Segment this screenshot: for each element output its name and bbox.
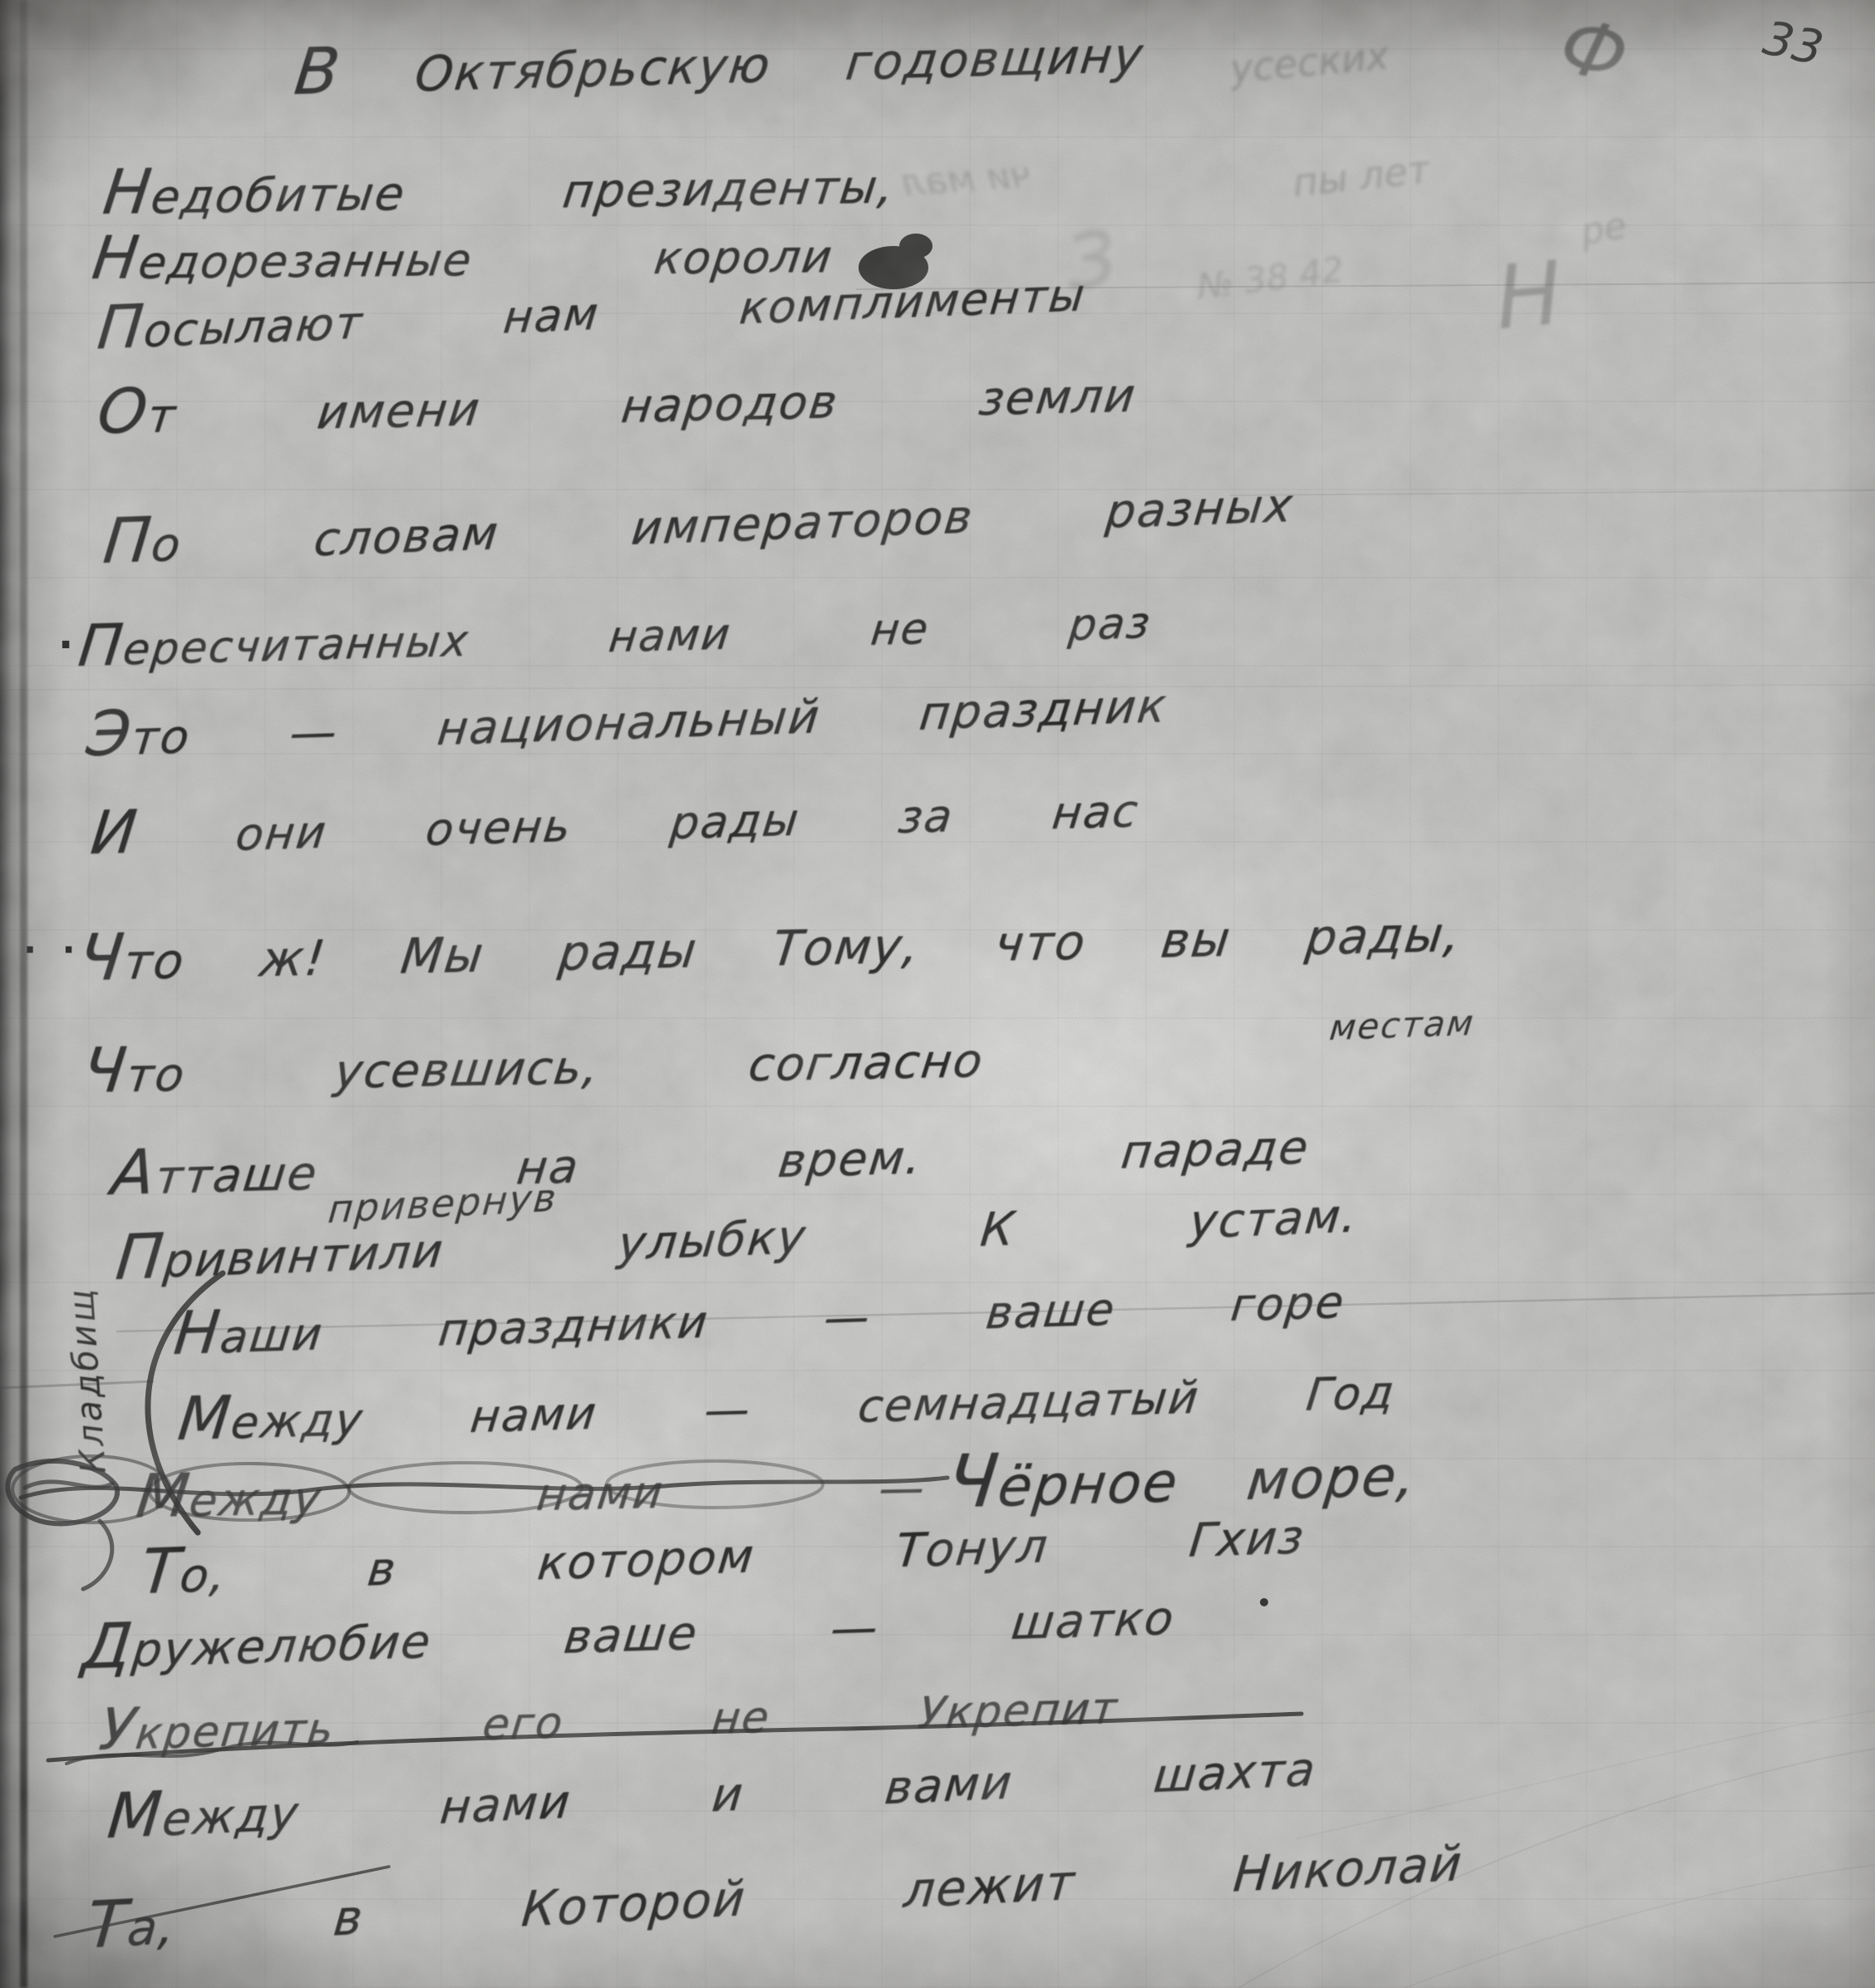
manuscript-photo: Ф усеских чи мал пы лет № 38 42 Н ре з 3… [0,0,1875,1988]
insertion-mestam: местам [1327,1002,1477,1048]
stray-dot: • [1257,1589,1272,1616]
stray-dot: · [58,622,73,668]
stray-dots: · · [23,929,82,970]
